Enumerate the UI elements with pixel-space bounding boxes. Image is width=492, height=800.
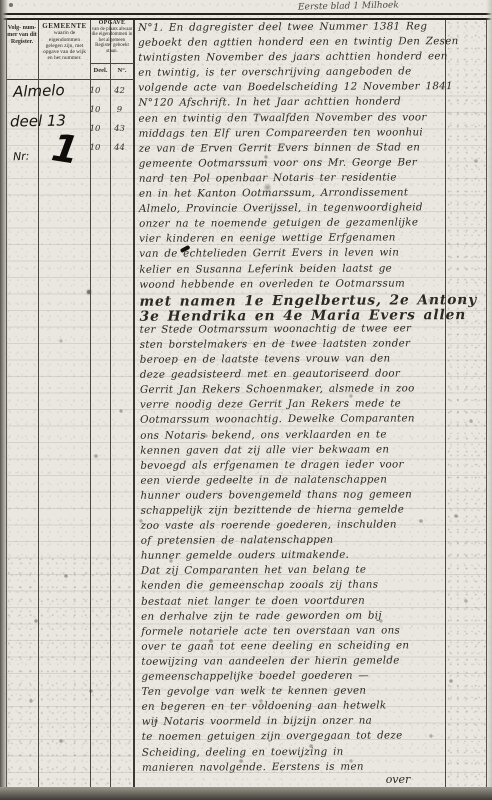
text-line: en derhalve zijn te rade geworden om bij xyxy=(141,609,444,626)
ref-deel: 10 xyxy=(84,124,106,143)
register-reference-row: 1044 xyxy=(84,143,133,162)
ref-deel: 10 xyxy=(84,105,106,124)
subheader-rule xyxy=(90,63,134,64)
ref-deel: 10 xyxy=(84,86,106,105)
top-double-rule xyxy=(0,13,492,20)
text-line: formele notariele acte ten overstaan van… xyxy=(141,624,444,641)
ink-smudge xyxy=(427,297,434,304)
page-left-edge xyxy=(0,0,8,800)
subheader-nr: N°. xyxy=(111,67,133,74)
register-reference-row: 1043 xyxy=(84,124,133,143)
text-line: toewijzing van aandeelen der hierin geme… xyxy=(141,654,444,671)
text-line: gemeente Ootmarssum voor ons Mr. George … xyxy=(139,156,442,173)
header-opgave: OPGAVE van de plaats alwaar die eigendom… xyxy=(91,21,133,55)
text-line: ter Stede Ootmarssum woonachtig de twee … xyxy=(140,322,443,339)
page-bottom-edge xyxy=(0,787,492,800)
text-line: woond hebbende en overleden te Ootmarssu… xyxy=(139,277,442,294)
text-line: ons Notaris bekend, ons verklaarden en t… xyxy=(140,428,443,445)
text-line: Ootmarssum woonachtig. Dewelke Comparant… xyxy=(140,413,443,430)
text-line: zoo vaste als roerende goederen, inschul… xyxy=(141,518,444,535)
text-line: onzer na te noemende getuigen de gezamen… xyxy=(139,216,442,233)
scan-noise-bottom-left xyxy=(6,555,134,787)
text-line: volgende acte van Boedelscheiding 12 Nov… xyxy=(138,81,441,98)
ref-nr: 44 xyxy=(106,143,133,162)
header-volgnummer: Volg- num- mer van dit Register. xyxy=(7,25,37,46)
header-opgave-text: van de plaats alwaar die eigendommen in … xyxy=(92,27,133,54)
register-page-scan: Eerste blad 1 Milhoek Volg- num- mer van… xyxy=(0,0,492,800)
ref-nr: 9 xyxy=(106,105,133,124)
text-line: nard ten Pol openbaar Notaris ter reside… xyxy=(139,171,442,188)
text-line: hunner ouders bovengemeld thans nog geme… xyxy=(140,488,443,505)
text-line: bestaat niet langer te doen voortduren xyxy=(141,594,444,611)
text-line: ze van de Erven Gerrit Evers binnen de S… xyxy=(139,141,442,158)
text-line: bevoegd als erfgenamen te dragen ieder v… xyxy=(140,458,443,475)
text-line: twintigsten November des jaars achttien … xyxy=(138,50,441,67)
text-line: wij Notaris voormeld in bijzijn onzer na xyxy=(142,715,445,732)
catchword: over xyxy=(368,773,428,786)
text-line: te noemen getuigen zijn overgegaan tot d… xyxy=(142,730,445,747)
header-gemeente-text: waarin de eigendommen gelegen zijn, met … xyxy=(43,30,86,61)
text-line: sten borstelmakers en de twee laatsten z… xyxy=(140,337,443,354)
text-line: Ten gevolge van welk te kennen geven xyxy=(142,684,445,701)
ref-deel: 10 xyxy=(84,143,106,162)
text-line: Dat zij Comparanten het van belang te xyxy=(141,564,444,581)
deed-text: N°1. En dagregister deel twee Nummer 138… xyxy=(138,20,445,776)
ink-smudge xyxy=(263,183,272,192)
text-line: kennen gaven dat zij alle vier bekwaam e… xyxy=(140,443,443,460)
register-reference-row: 109 xyxy=(84,105,133,124)
text-line: gemeenschappelijke boedel goederen — xyxy=(141,669,444,686)
text-line: hunner gemelde ouders uitmakende. xyxy=(141,548,444,565)
text-line: N°1. En dagregister deel twee Nummer 138… xyxy=(138,20,441,37)
text-line: over te gaan tot eene deeling en scheidi… xyxy=(141,639,444,656)
register-reference-row: 1042 xyxy=(84,86,133,105)
text-line: of pretensien de nalatenschappen xyxy=(141,533,444,550)
text-line: een en twintig den Twaalfden November de… xyxy=(139,111,442,128)
header-gemeente: GEMEENTE waarin de eigendommen gelegen z… xyxy=(40,23,89,62)
handwritten-gemeente: Almelo xyxy=(13,81,65,101)
page-right-shade xyxy=(486,0,492,800)
text-line: kelier en Susanna Leferink beiden laatst… xyxy=(139,262,442,279)
scan-noise-right-margin xyxy=(446,20,486,787)
register-reference-rows: 104210910431044 xyxy=(84,86,133,162)
text-line: Gerrit Jan Rekers Schoenmaker, alsmede i… xyxy=(140,382,443,399)
text-line: N°120 Afschrift. In het Jaar achttien ho… xyxy=(138,96,441,113)
header-bottom-rule xyxy=(6,79,134,80)
text-line: deze geadsisteerd met en geautoriseerd d… xyxy=(140,367,443,384)
text-line: met namen 1e Engelbertus, 2e Antony xyxy=(139,292,442,309)
handwritten-nr-label: Nr: xyxy=(13,150,30,164)
ref-nr: 42 xyxy=(106,86,133,105)
text-line: 3e Hendrika en 4e Maria Evers allen xyxy=(140,307,443,324)
text-line: geboekt den agttien honderd een en twint… xyxy=(138,35,441,52)
ref-nr: 43 xyxy=(106,124,133,143)
text-line: middags ten Elf uren Compareerden ten wo… xyxy=(139,126,442,143)
header-gemeente-title: GEMEENTE xyxy=(40,23,89,29)
text-line: en in het Kanton Ootmarssum, Arrondissem… xyxy=(139,186,442,203)
text-line: een vierde gedeelte in de nalatenschappe… xyxy=(140,473,443,490)
text-line: kenden die gemeenschap zooals zij thans xyxy=(141,579,444,596)
text-line: verre noodig deze Gerrit Jan Rekers mede… xyxy=(140,398,443,415)
text-line: Scheiding, deeling en toewijzing in xyxy=(142,745,445,762)
text-line: en twintig, is ter overschrijving aangeb… xyxy=(138,65,441,82)
text-line: Almelo, Provincie Overijssel, in tegenwo… xyxy=(139,201,442,218)
text-line: beroep en de laatste tevens vrouw van de… xyxy=(140,352,443,369)
ink-smudge xyxy=(85,288,93,296)
text-line: en begeren en ter voldoening aan hetwelk xyxy=(142,699,445,716)
text-line: schappelijk zijn bezittende de hierna ge… xyxy=(141,503,444,520)
subheader-deel: Deel. xyxy=(91,67,110,74)
